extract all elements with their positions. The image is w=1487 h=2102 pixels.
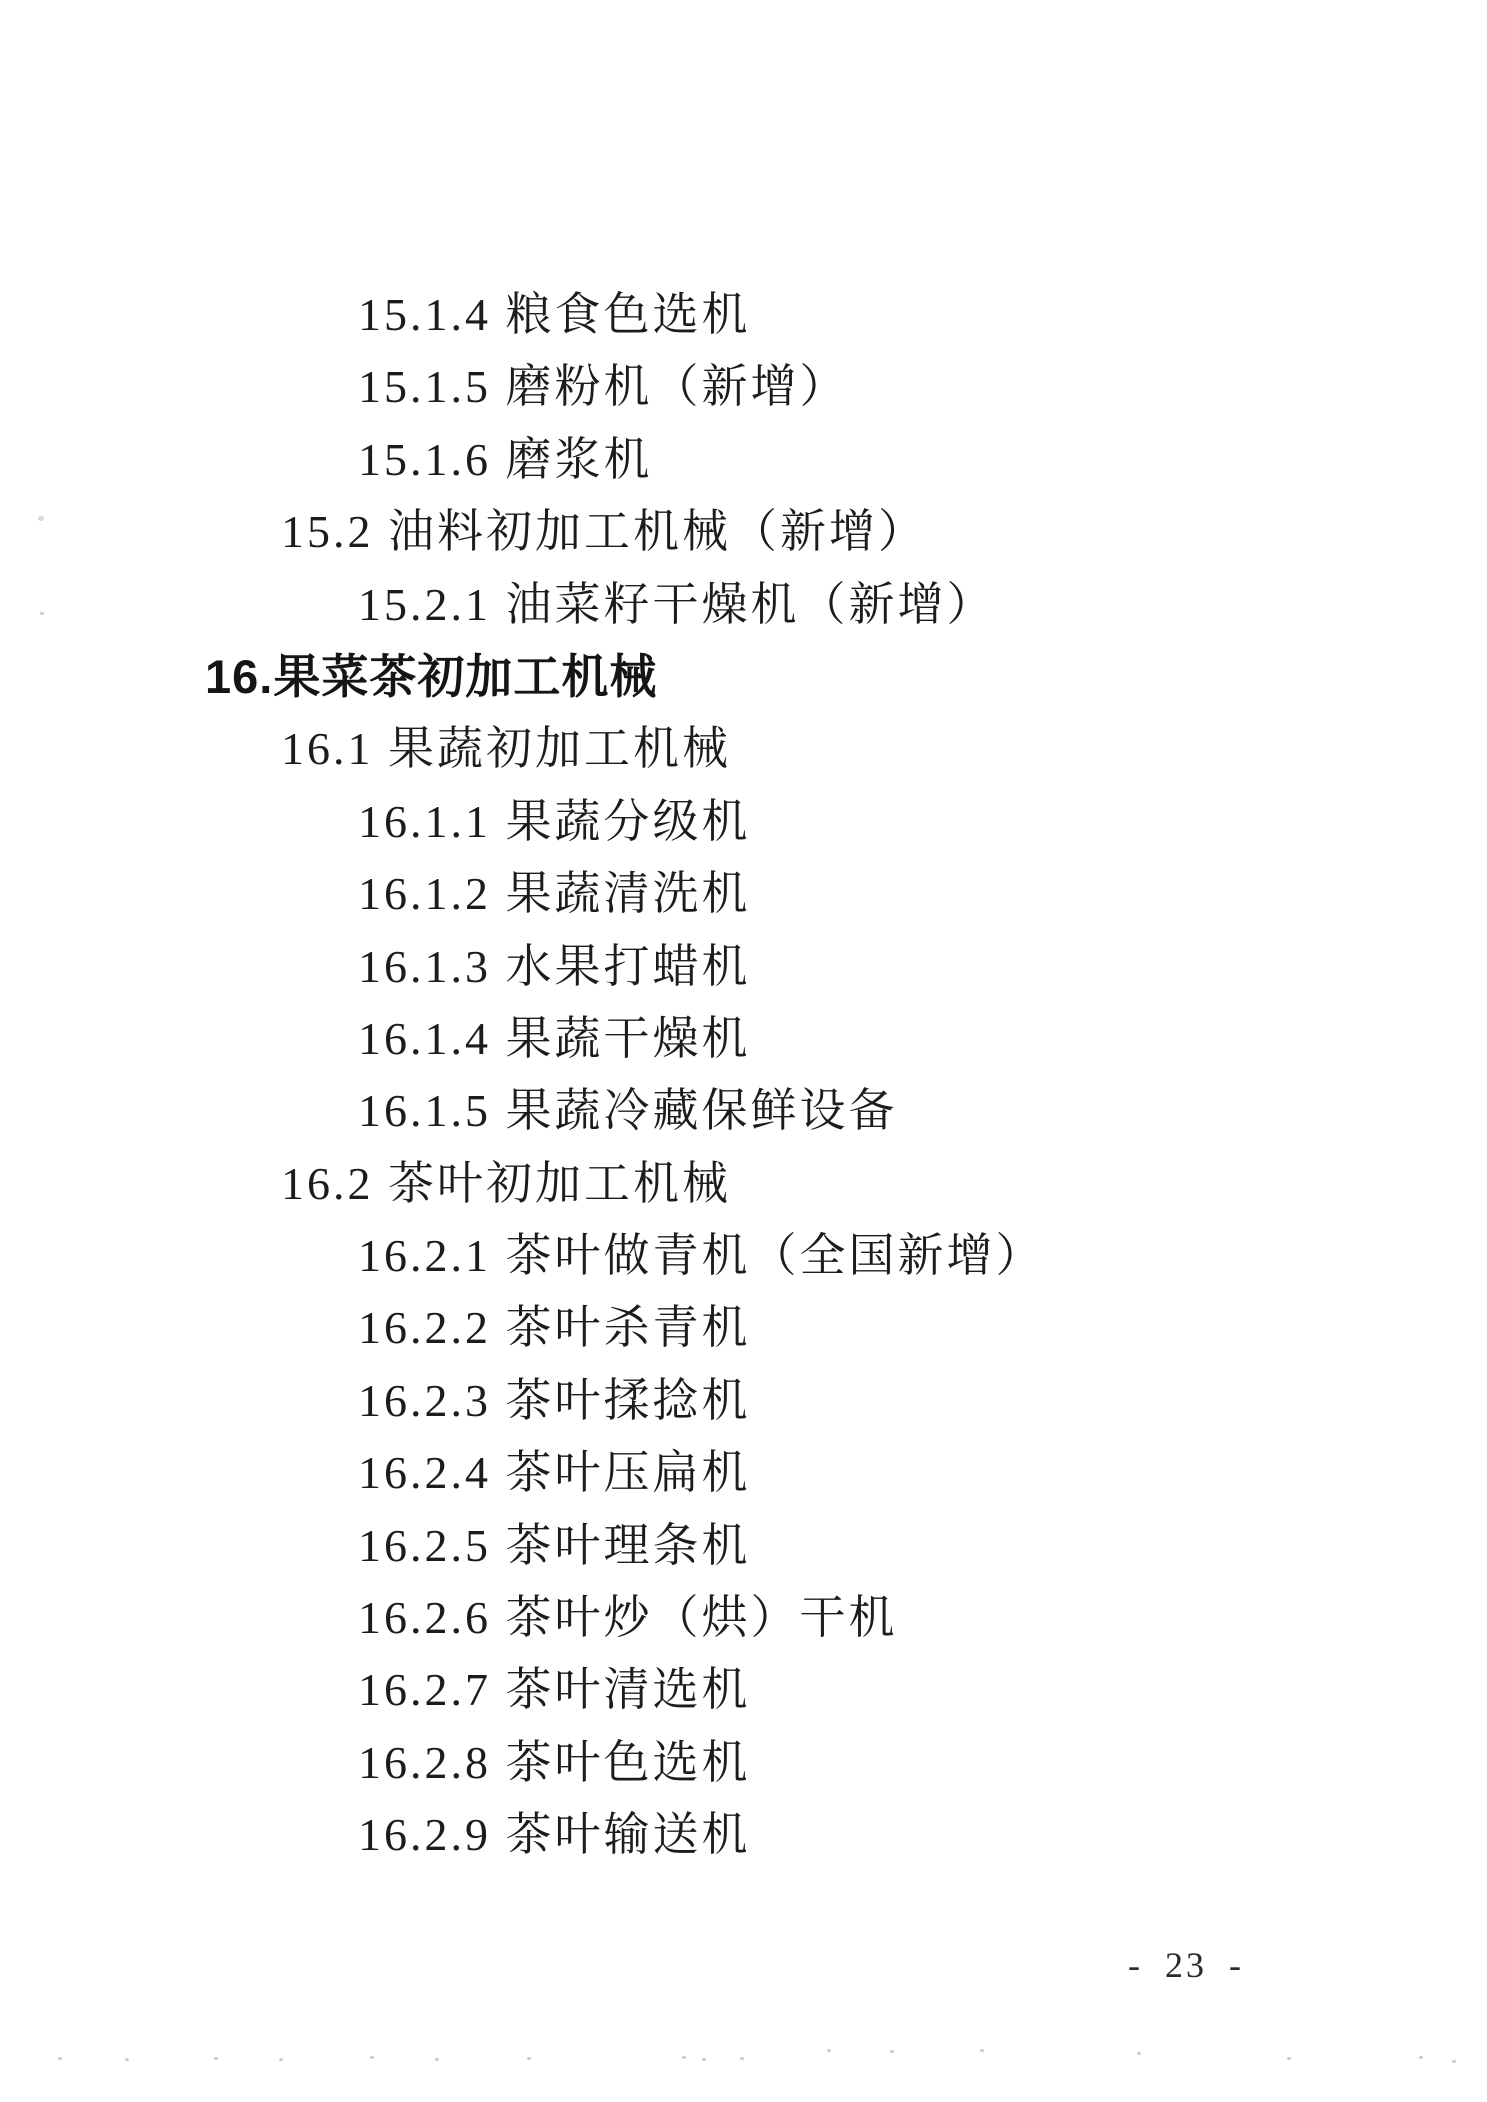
- list-item: 16.1 果蔬初加工机械: [0, 713, 1487, 785]
- list-item: 15.2 油料初加工机械（新增）: [0, 496, 1487, 568]
- list-item: 16.2.8 茶叶色选机: [0, 1727, 1487, 1799]
- list-item: 16.2.1 茶叶做青机（全国新增）: [0, 1220, 1487, 1292]
- scan-speck: [1287, 2057, 1291, 2060]
- list-item: 16.1.5 果蔬冷藏保鲜设备: [0, 1075, 1487, 1147]
- list-item: 15.1.5 磨粉机（新增）: [0, 351, 1487, 423]
- scan-speck: [214, 2057, 218, 2060]
- list-item: 16.2.3 茶叶揉捻机: [0, 1365, 1487, 1437]
- list-item: 15.2.1 油菜籽干燥机（新增）: [0, 569, 1487, 641]
- scan-speck: [890, 2050, 894, 2053]
- scan-speck: [38, 516, 44, 521]
- scan-speck: [827, 2049, 831, 2052]
- list-item: 16.2.9 茶叶输送机: [0, 1799, 1487, 1871]
- list-item: 16.2.6 茶叶炒（烘）干机: [0, 1582, 1487, 1654]
- list-item: 16.1.2 果蔬清洗机: [0, 858, 1487, 930]
- page-number: - 23 -: [1128, 1944, 1244, 1986]
- scan-speck: [682, 2056, 686, 2059]
- list-item: 16.2.7 茶叶清选机: [0, 1654, 1487, 1726]
- scan-speck: [58, 2057, 62, 2060]
- scan-speck: [40, 612, 44, 615]
- scan-speck: [702, 2058, 706, 2061]
- list-item: 15.1.4 粮食色选机: [0, 279, 1487, 351]
- list-item: 16.2.5 茶叶理条机: [0, 1510, 1487, 1582]
- list-item: 16.2 茶叶初加工机械: [0, 1148, 1487, 1220]
- list-item: 16.1.3 水果打蜡机: [0, 931, 1487, 1003]
- scan-speck: [435, 2058, 439, 2061]
- machinery-category-list: 15.1.4 粮食色选机15.1.5 磨粉机（新增）15.1.6 磨浆机15.2…: [0, 279, 1487, 1872]
- section-heading: 16.果菜茶初加工机械: [0, 641, 1487, 713]
- scan-speck: [527, 2057, 531, 2060]
- scan-speck: [1137, 2052, 1141, 2055]
- list-item: 16.2.4 茶叶压扁机: [0, 1437, 1487, 1509]
- document-page: 15.1.4 粮食色选机15.1.5 磨粉机（新增）15.1.6 磨浆机15.2…: [0, 0, 1487, 2102]
- scan-speck: [1419, 2056, 1423, 2059]
- list-item: 15.1.6 磨浆机: [0, 424, 1487, 496]
- list-item: 16.1.1 果蔬分级机: [0, 786, 1487, 858]
- list-item: 16.1.4 果蔬干燥机: [0, 1003, 1487, 1075]
- scan-speck: [125, 2058, 129, 2061]
- scan-speck: [279, 2058, 283, 2061]
- scan-speck: [370, 2056, 374, 2059]
- scan-speck: [1452, 2060, 1456, 2063]
- list-item: 16.2.2 茶叶杀青机: [0, 1292, 1487, 1364]
- scan-speck: [980, 2049, 984, 2052]
- scan-speck: [740, 2057, 744, 2060]
